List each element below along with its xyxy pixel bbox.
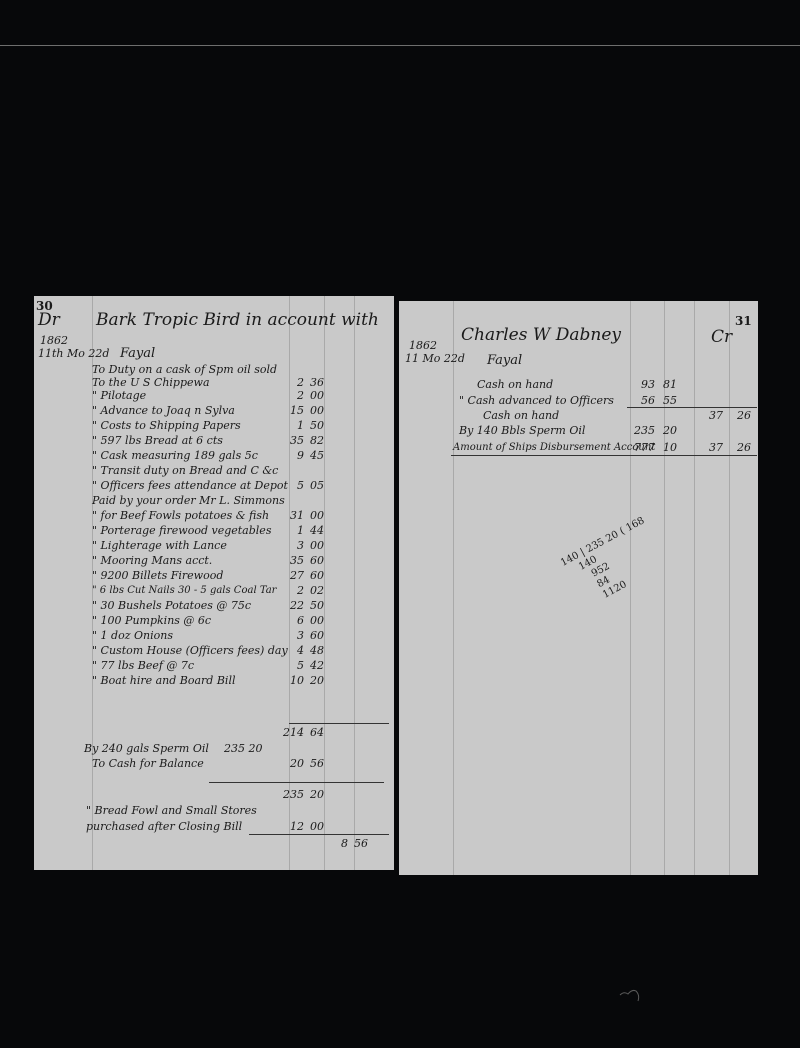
entry-dollars: 22 — [274, 599, 304, 612]
entry-desc: " Pilotage — [92, 389, 146, 402]
entry-dollars: 93 — [629, 378, 655, 391]
total-cents: 20 — [306, 788, 324, 801]
after-bill-dollars: 12 — [274, 820, 304, 833]
credit-label: Cr — [711, 327, 732, 347]
entry-dollars: 35 — [274, 554, 304, 567]
entry-cents: 48 — [306, 644, 324, 657]
entry-dollars: 3 — [274, 539, 304, 552]
entry-dollars: 35 — [274, 434, 304, 447]
page-heading: Charles W Dabney — [461, 325, 621, 345]
entry-dollars: 10 — [274, 674, 304, 687]
entry-desc: " 9200 Billets Firewood — [92, 569, 223, 582]
ledger-page-left: 30 Dr Bark Tropic Bird in account with 1… — [34, 296, 394, 870]
entry-place: Fayal — [487, 354, 522, 367]
entry-dollars: 5 — [274, 479, 304, 492]
entry-desc: To Duty on a cask of Spm oil sold — [92, 363, 277, 376]
entry-desc: By 140 Bbls Sperm Oil — [459, 424, 585, 437]
subtotal-rule — [289, 723, 389, 724]
entry-desc: " Transit duty on Bread and C &c — [92, 464, 278, 477]
entry-date: 11 Mo 22d — [405, 352, 465, 365]
margin-calculation: 140 | 235 20 ( 168 140 952 84 1120 — [559, 515, 669, 612]
entry-dollars: 2 — [274, 376, 304, 389]
entry-desc: " Boat hire and Board Bill — [92, 674, 235, 687]
entry-cents: 81 — [657, 378, 677, 391]
cash-balance-dollars: 20 — [274, 757, 304, 770]
entry-cents: 60 — [306, 554, 324, 567]
entry-dollars: 3 — [274, 629, 304, 642]
entry-cents: 20 — [657, 424, 677, 437]
entry-desc: " 100 Pumpkins @ 6c — [92, 614, 211, 627]
subtotal-dollars: 214 — [274, 726, 304, 739]
entry-cents: 00 — [306, 509, 324, 522]
entry-cents: 26 — [729, 409, 751, 422]
column-rule — [354, 296, 355, 870]
entry-desc: " Cask measuring 189 gals 5c — [92, 449, 258, 462]
entry-dollars: 27 — [274, 569, 304, 582]
after-bill-desc: purchased after Closing Bill — [86, 820, 242, 833]
entry-dollars: 2 — [274, 389, 304, 402]
subtotal-rule — [627, 407, 757, 408]
entry-date: 11th Mo 22d — [38, 347, 109, 360]
after-bill-desc: " Bread Fowl and Small Stores — [86, 804, 257, 817]
entry-desc: " Porterage firewood vegetables — [92, 524, 271, 537]
entry-dollars: 37 — [697, 441, 723, 454]
entry-cents: 00 — [306, 404, 324, 417]
entry-desc: " Lighterage with Lance — [92, 539, 227, 552]
entry-desc: " 30 Bushels Potatoes @ 75c — [92, 599, 251, 612]
margin-rule — [453, 301, 454, 875]
entry-desc: " Costs to Shipping Papers — [92, 419, 241, 432]
entry-cents: 45 — [306, 449, 324, 462]
scan-artifact-mark — [618, 985, 644, 1005]
entry-cents: 42 — [306, 659, 324, 672]
column-rule — [694, 301, 695, 875]
entry-dollars: 2 — [274, 584, 304, 597]
entry-desc: Paid by your order Mr L. Simmons — [92, 494, 285, 507]
page-number: 31 — [735, 315, 752, 328]
ledger-page-right: 31 Charles W Dabney Cr 1862 11 Mo 22d Fa… — [399, 301, 758, 875]
entry-desc: " Custom House (Officers fees) day — [92, 644, 288, 657]
page-heading: Bark Tropic Bird in account with — [96, 310, 379, 330]
entry-desc: " Cash advanced to Officers — [459, 394, 614, 407]
cash-balance-cents: 56 — [306, 757, 324, 770]
entry-cents: 50 — [306, 599, 324, 612]
entry-dollars: 1 — [274, 419, 304, 432]
entry-desc: To the U S Chippewa — [92, 376, 210, 389]
entry-cents: 00 — [306, 614, 324, 627]
entry-cents: 05 — [306, 479, 324, 492]
entry-desc: Cash on hand — [483, 409, 559, 422]
by-oil-amount: 235 20 — [224, 742, 263, 755]
entry-dollars: 4 — [274, 644, 304, 657]
entry-cents: 50 — [306, 419, 324, 432]
entry-cents: 36 — [306, 376, 324, 389]
entry-cents: 55 — [657, 394, 677, 407]
total-rule — [209, 782, 384, 783]
total-rule — [451, 455, 757, 456]
entry-desc: Cash on hand — [477, 378, 553, 391]
total-dollars: 235 — [274, 788, 304, 801]
entry-dollars: 1 — [274, 524, 304, 537]
entry-dollars: 235 — [621, 424, 655, 437]
entry-cents: 60 — [306, 569, 324, 582]
entry-year: 1862 — [409, 339, 437, 352]
entry-cents: 10 — [657, 441, 677, 454]
entry-desc: " 597 lbs Bread at 6 cts — [92, 434, 223, 447]
by-oil-desc: By 240 gals Sperm Oil — [84, 742, 209, 755]
scan-edge-line — [0, 45, 800, 46]
column-rule — [729, 301, 730, 875]
entry-desc: " 6 lbs Cut Nails 30 - 5 gals Coal Tar — [92, 584, 276, 597]
entry-dollars: 56 — [629, 394, 655, 407]
entry-dollars: 9 — [274, 449, 304, 462]
entry-cents: 02 — [306, 584, 324, 597]
entry-year: 1862 — [40, 334, 68, 347]
entry-desc: " Advance to Joaq n Sylva — [92, 404, 235, 417]
cash-balance-desc: To Cash for Balance — [92, 757, 204, 770]
entry-desc: " Mooring Mans acct. — [92, 554, 212, 567]
debit-label: Dr — [38, 310, 60, 330]
entry-cents: 26 — [729, 441, 751, 454]
entry-cents: 00 — [306, 389, 324, 402]
subtotal-cents: 64 — [306, 726, 324, 739]
entry-cents: 60 — [306, 629, 324, 642]
entry-place: Fayal — [120, 347, 155, 360]
entry-cents: 20 — [306, 674, 324, 687]
entry-cents: 00 — [306, 539, 324, 552]
entry-desc: " 77 lbs Beef @ 7c — [92, 659, 194, 672]
column-rule — [324, 296, 325, 870]
entry-dollars: 15 — [274, 404, 304, 417]
entry-dollars: 777 — [621, 441, 655, 454]
entry-dollars: 37 — [697, 409, 723, 422]
entry-dollars: 5 — [274, 659, 304, 672]
entry-cents: 82 — [306, 434, 324, 447]
final-cents: 56 — [350, 837, 368, 850]
entry-dollars: 6 — [274, 614, 304, 627]
entry-desc: " Officers fees attendance at Depot — [92, 479, 288, 492]
entry-desc: " 1 doz Onions — [92, 629, 173, 642]
entry-dollars: 31 — [274, 509, 304, 522]
entry-desc: " for Beef Fowls potatoes & fish — [92, 509, 269, 522]
entry-cents: 44 — [306, 524, 324, 537]
final-rule — [249, 834, 389, 835]
after-bill-cents: 00 — [306, 820, 324, 833]
final-dollars: 8 — [324, 837, 348, 850]
